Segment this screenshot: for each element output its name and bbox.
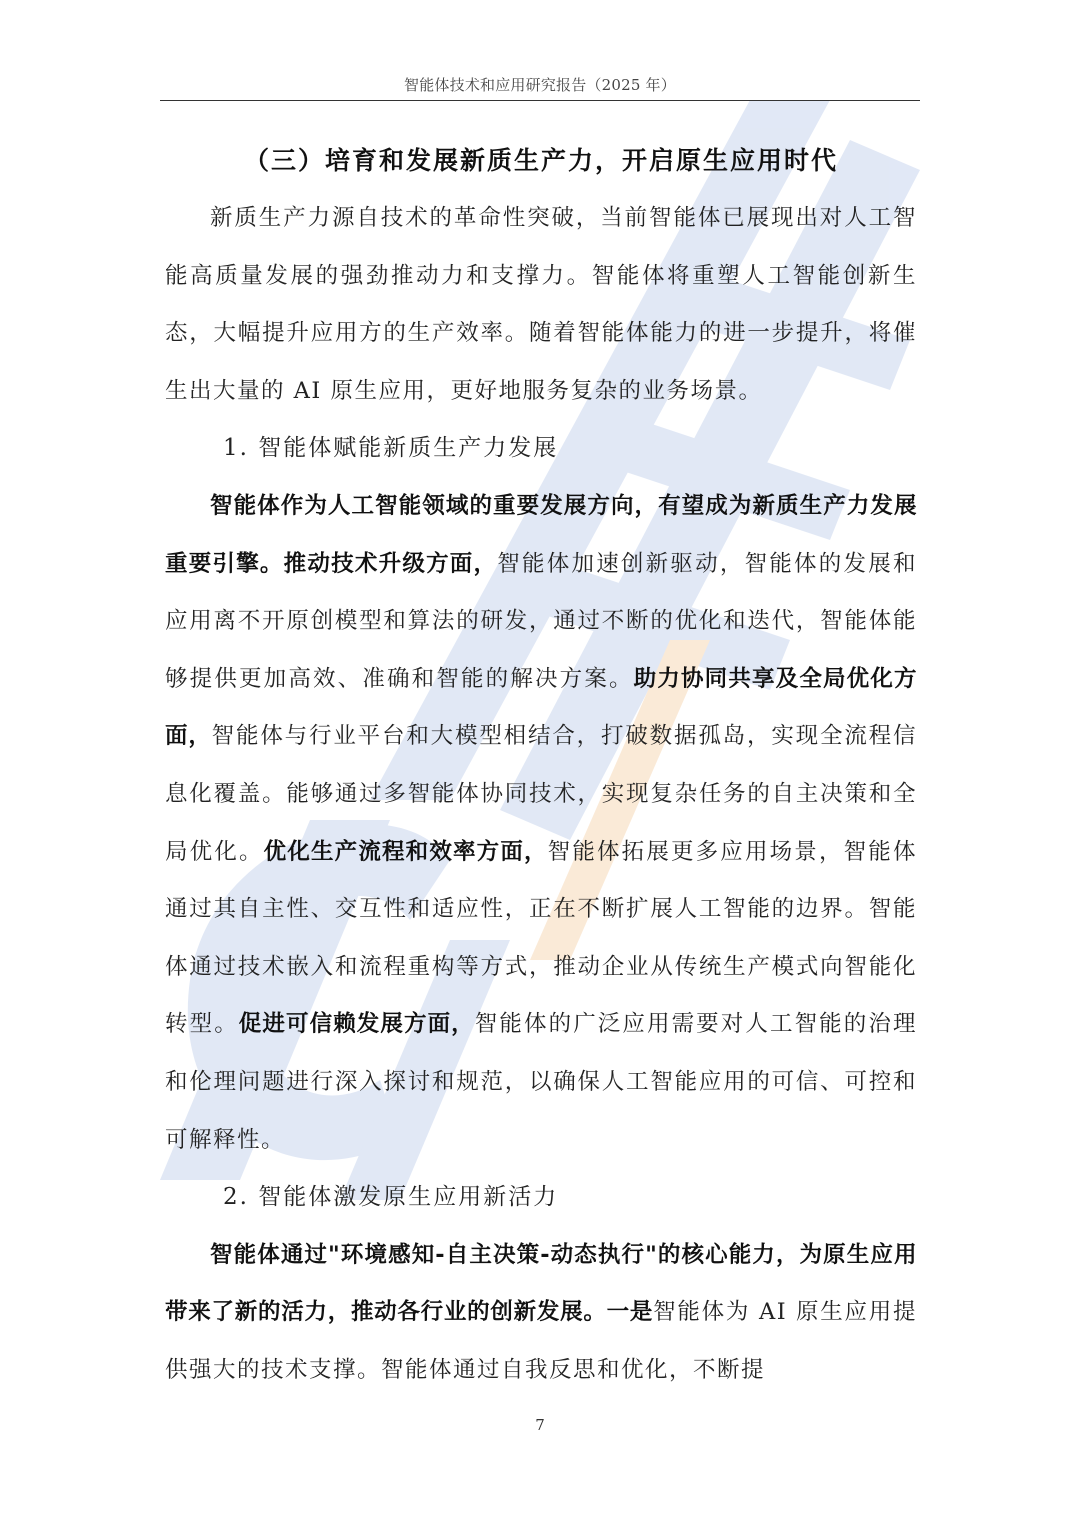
point-label-first: 一是 <box>607 1299 654 1325</box>
subsection-heading-1: 1. 智能体赋能新质生产力发展 <box>165 420 917 478</box>
page-content: （三）培育和发展新质生产力，开启原生应用时代 新质生产力源自技术的革命性突破，当… <box>165 132 917 1399</box>
point-label-tech-upgrade: 推动技术升级方面， <box>284 551 498 577</box>
subsection-2-paragraph: 智能体通过"环境感知-自主决策-动态执行"的核心能力，为原生应用带来了新的活力，… <box>165 1227 917 1400</box>
running-header: 智能体技术和应用研究报告（2025 年） <box>160 74 920 95</box>
point-label-trustworthy: 促进可信赖发展方面， <box>239 1011 475 1037</box>
section-title: （三）培育和发展新质生产力，开启原生应用时代 <box>165 132 917 190</box>
header-divider <box>160 100 920 101</box>
subsection-heading-2: 2. 智能体激发原生应用新活力 <box>165 1169 917 1227</box>
intro-paragraph: 新质生产力源自技术的革命性突破，当前智能体已展现出对人工智能高质量发展的强劲推动… <box>165 190 917 420</box>
page-number: 7 <box>0 1416 1080 1434</box>
point-text-efficiency: 智能体拓展更多应用场景，智能体通过其自主性、交互性和适应性，正在不断扩展人工智能… <box>165 839 917 1038</box>
subsection-1-paragraph: 智能体作为人工智能领域的重要发展方向，有望成为新质生产力发展重要引擎。推动技术升… <box>165 478 917 1169</box>
point-label-efficiency: 优化生产流程和效率方面， <box>264 839 548 865</box>
